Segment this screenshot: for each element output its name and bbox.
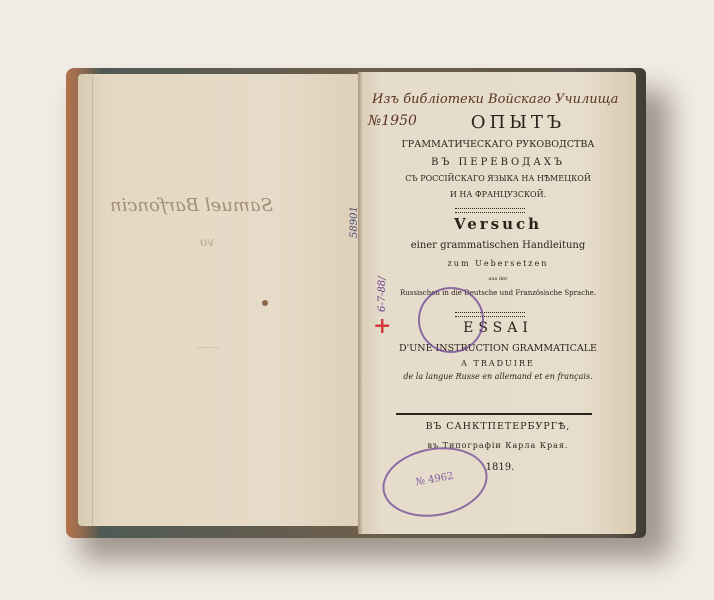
mirrored-note: vo bbox=[200, 235, 214, 249]
library-stamp-round bbox=[418, 287, 484, 353]
french-subtitle-2: A TRADUIRE bbox=[360, 359, 636, 368]
mirrored-faint-line: ........... bbox=[195, 342, 219, 350]
russian-subtitle-3: СЪ РОССІЙСКАГО ЯЗЫКА НА НѢМЕЦКОЙ bbox=[360, 174, 636, 183]
margin-call-number: 6-7-88/ bbox=[377, 276, 388, 312]
german-subtitle-1: einer grammatischen Handleitung bbox=[360, 240, 636, 251]
french-subtitle-1: D'UNE INSTRUCTION GRAMMATICALE bbox=[360, 343, 636, 354]
german-title: Versuch bbox=[360, 215, 636, 233]
library-inscription: Изъ библіотеки Войскаго Училища bbox=[372, 92, 636, 107]
imprint-printer: въ Типографіи Карла Края. bbox=[360, 441, 636, 450]
russian-subtitle-1: ГРАММАТИЧЕСКАГО РУКОВОДСТВА bbox=[360, 139, 636, 150]
red-cross-mark: + bbox=[373, 313, 391, 339]
french-subtitle-3: de la langue Russe en allemand et en fra… bbox=[360, 372, 636, 381]
russian-subtitle-4: И НА ФРАНЦУЗСКОЙ. bbox=[360, 190, 636, 199]
imprint-rule bbox=[396, 413, 592, 415]
ink-spot bbox=[262, 300, 268, 306]
german-subtitle-2: zum Uebersetzen bbox=[360, 259, 636, 268]
russian-title: ОПЫТЪ bbox=[400, 112, 636, 133]
german-subtitle-3: aus der bbox=[360, 276, 636, 282]
imprint-city: ВЪ САНКТПЕТЕРБУРГѢ, bbox=[360, 421, 636, 432]
left-page-fold-line bbox=[92, 76, 93, 526]
stamp-number: № 4962 bbox=[383, 465, 485, 494]
german-subtitle-4: Russischen in die Deutsche und Französis… bbox=[360, 289, 636, 297]
mirrored-signature: Samuel Barfoncin bbox=[110, 195, 273, 216]
left-page bbox=[78, 74, 360, 526]
ornament-rule-1 bbox=[455, 208, 525, 213]
russian-subtitle-2: ВЪ ПЕРЕВОДАХЪ bbox=[360, 157, 636, 168]
margin-shelf-number: 58901 bbox=[349, 206, 360, 238]
french-title: ESSAI bbox=[360, 320, 636, 336]
